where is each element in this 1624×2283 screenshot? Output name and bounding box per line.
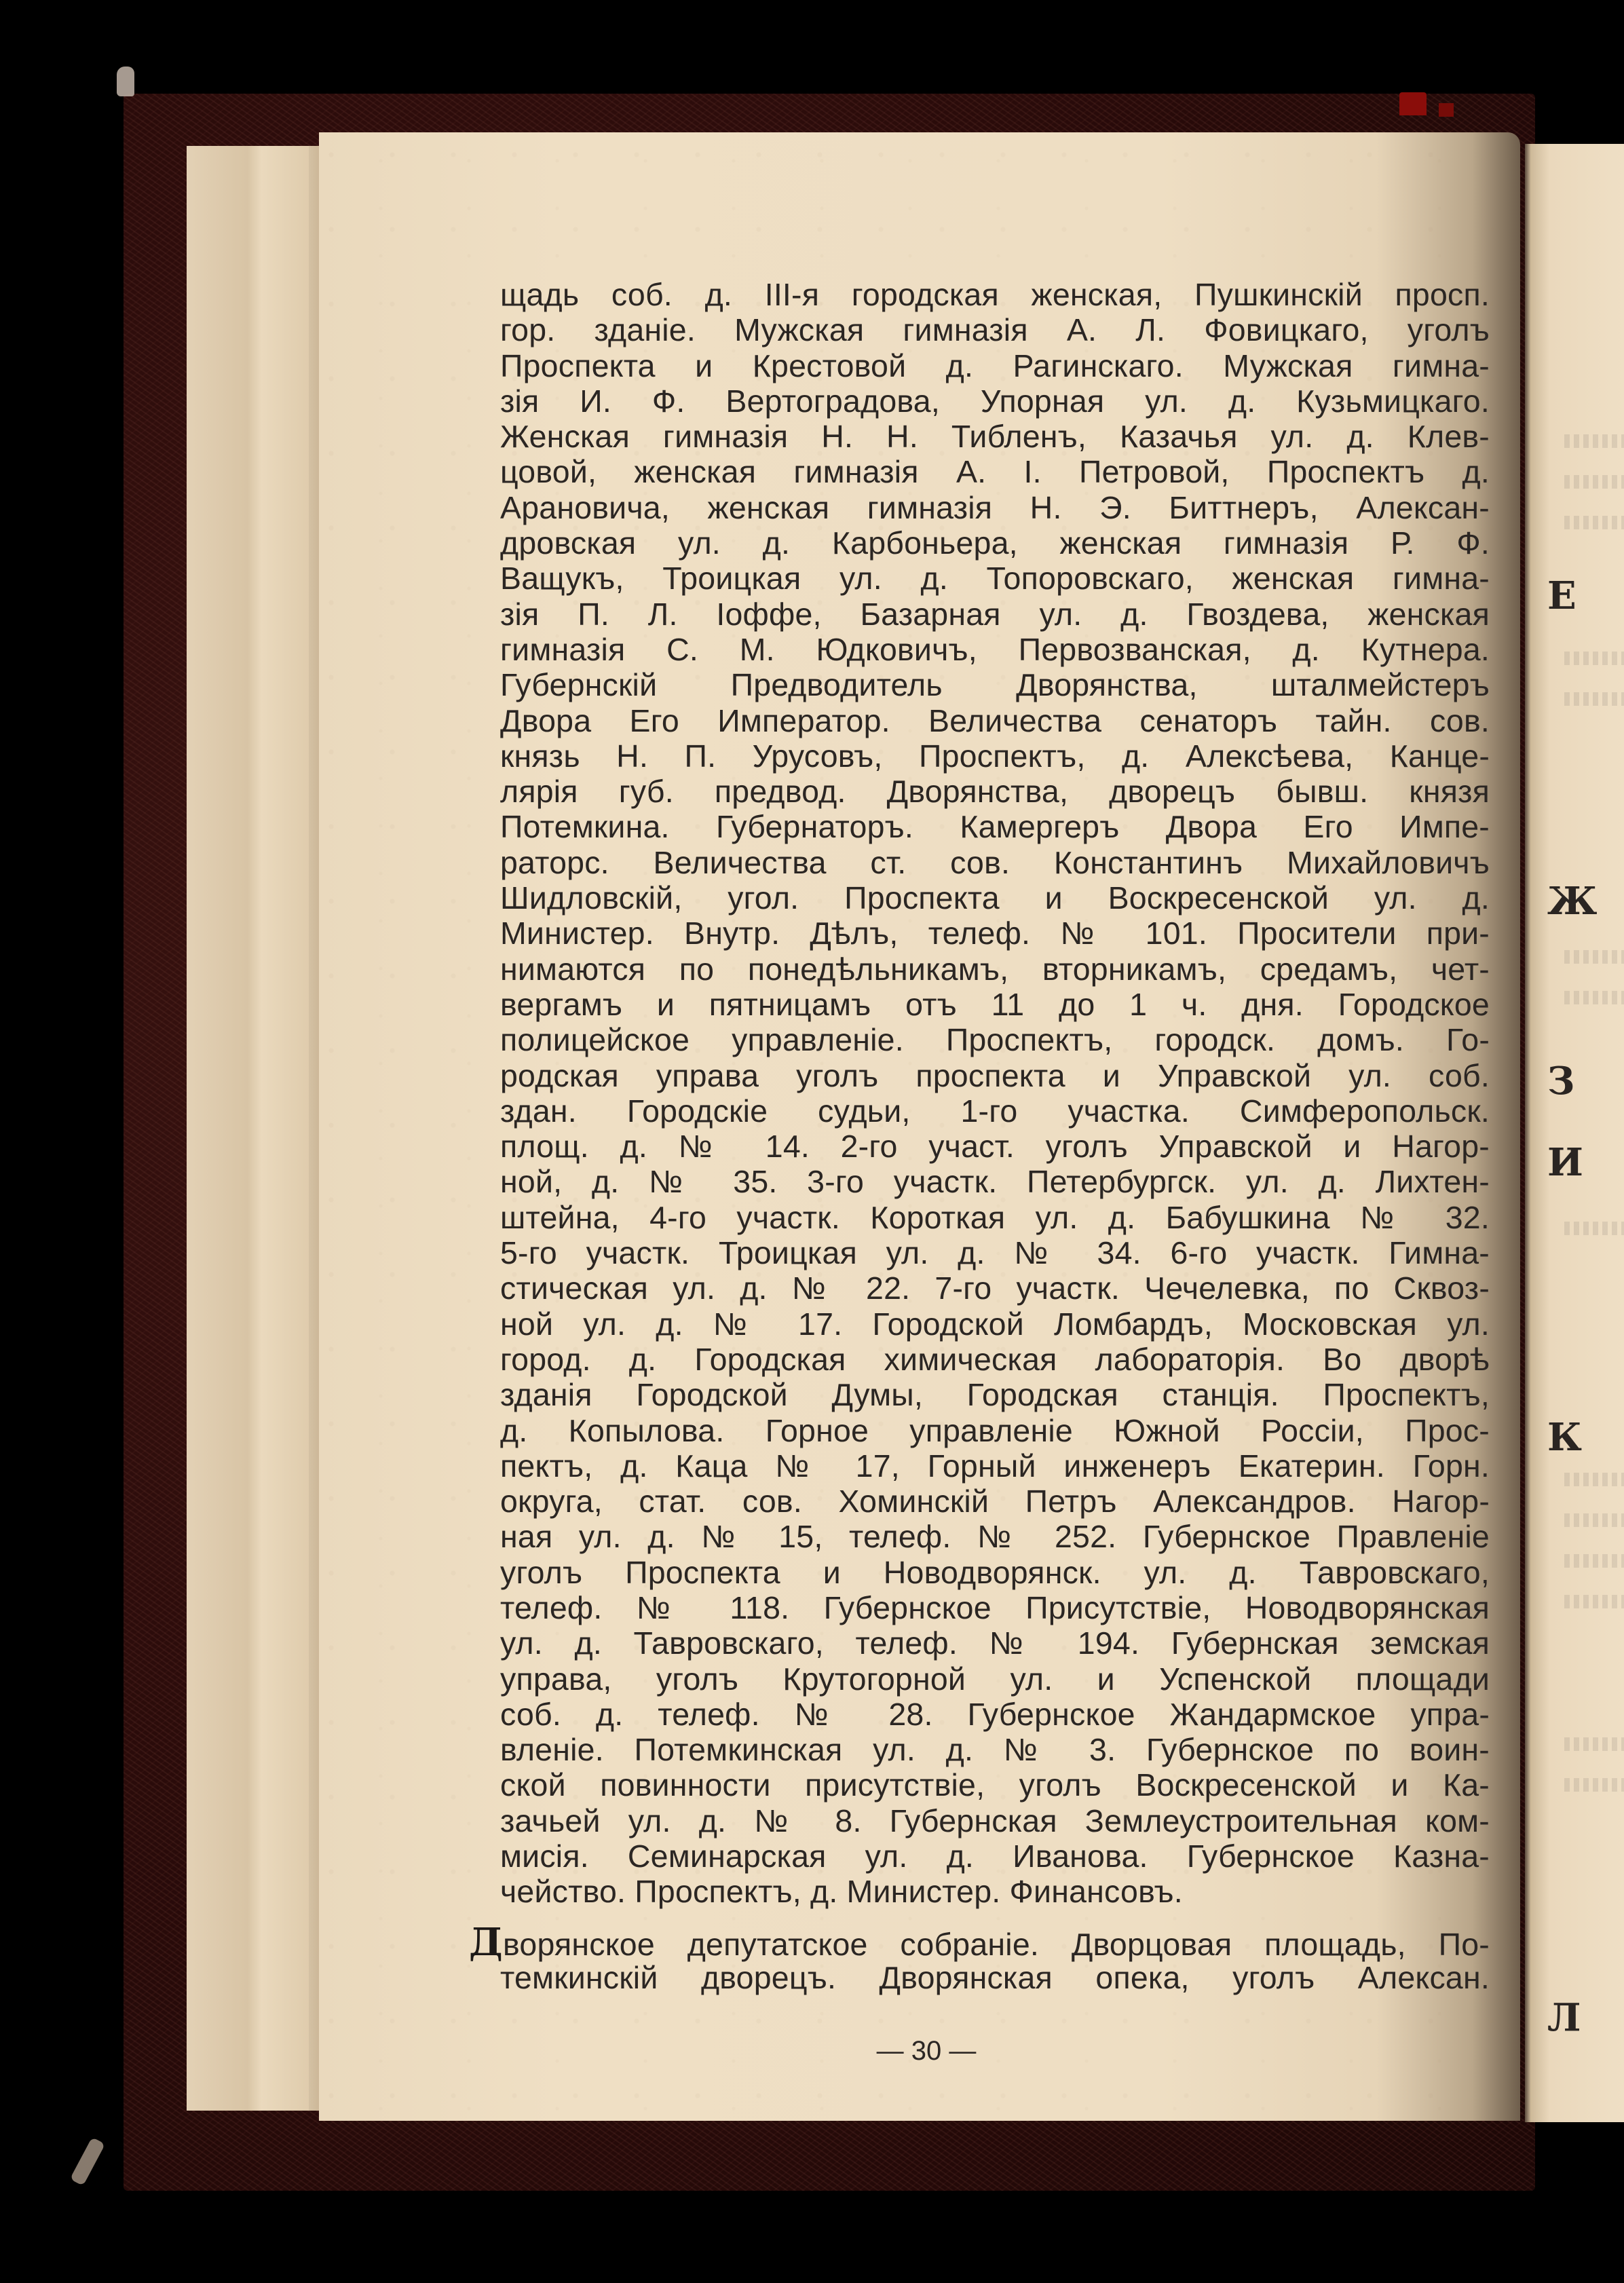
right-page-faint-text [1564,950,1624,964]
right-page-letter: Л [1547,1999,1581,2037]
right-page-faint-text [1564,991,1624,1004]
text-line: ной, д. № 35. 3-го участк. Петербургск. … [500,1164,1490,1199]
right-page-letter: И [1547,1144,1583,1182]
text-line: телеф. № 118. Губернское Присутствіе, Но… [500,1590,1490,1625]
right-page-letter: Е [1547,577,1576,615]
text-line: Потемкина. Губернаторъ. Камергеръ Двора … [500,809,1490,844]
text-line: нимаются по понедѣльникамъ, вторникамъ, … [500,951,1490,987]
right-page-faint-text [1564,434,1624,448]
text-line: Губернскій Предводитель Дворянства, штал… [500,667,1490,702]
cover-corner-wear [117,67,134,96]
text-line: Двора Его Император. Величества сенаторъ… [500,703,1490,738]
text-line: Проспекта и Крестовой д. Рагинскаго. Муж… [500,348,1490,383]
text-line: темкинскій дворецъ. Дворянская опека, уг… [500,1960,1490,1995]
text-line: ная ул. д. № 15, телеф. № 252. Губернско… [500,1519,1490,1554]
dropcap-letter: Д [469,1920,503,1965]
text-line: щадь соб. д. III-я городская женская, Пу… [500,277,1490,312]
text-line: площ. д. № 14. 2-го участ. уголъ Управск… [500,1129,1490,1164]
text-line: лярія губ. предвод. Дворянства, дворецъ … [500,774,1490,809]
text-line: округа, стат. сов. Хоминскій Петръ Алекс… [500,1484,1490,1519]
right-page-faint-text [1564,1778,1624,1792]
text-line: ной ул. д. № 17. Городской Ломбардъ, Мос… [500,1306,1490,1342]
text-line: зачьей ул. д. № 8. Губернская Землеустро… [500,1803,1490,1838]
text-line: стическая ул. д. № 22. 7-го участк. Чече… [500,1270,1490,1306]
right-page-faint-text [1564,1595,1624,1608]
page-number: — 30 — [858,2036,994,2067]
right-page-letter: Ж [1547,882,1597,920]
text-line: гор. зданіе. Мужская гимназія А. Л. Фови… [500,312,1490,347]
text-line: вленіе. Потемкинская ул. д. № 3. Губернс… [500,1732,1490,1767]
text-line: уголъ Проспекта и Новодворянск. ул. д. Т… [500,1555,1490,1590]
text-line: вергамъ и пятницамъ отъ 11 до 1 ч. дня. … [500,987,1490,1022]
text-line: князь Н. П. Урусовъ, Проспектъ, д. Алекс… [500,738,1490,774]
text-line: полицейское управленіе. Проспектъ, город… [500,1022,1490,1057]
entry-heading-line: Дворянское депутатское собраніе. Дворцов… [469,1925,1490,1960]
bookmark-ribbon [1399,92,1427,115]
right-page-faint-text [1564,1513,1624,1527]
text-line: зданія Городской Думы, Городская станція… [500,1377,1490,1412]
text-line: Ващукъ, Троицкая ул. д. Топоровскаго, же… [500,561,1490,596]
cover-corner-wear [70,2137,105,2186]
text-line: дровская ул. д. Карбоньера, женская гимн… [500,525,1490,561]
text-line: раторс. Величества ст. сов. Константинъ … [500,845,1490,880]
text-line: чейство. Проспектъ, д. Министер. Финансо… [500,1874,1490,1909]
right-page-letter: К [1547,1418,1582,1456]
text-line: Министер. Внутр. Дѣлъ, телеф. № 101. Про… [500,916,1490,951]
text-line: Арановича, женская гимназія Н. Э. Биттне… [500,490,1490,525]
right-page-faint-text [1564,652,1624,665]
right-page-faint-text [1564,1473,1624,1486]
text-line: город. д. Городская химическая лаборатор… [500,1342,1490,1377]
page-edges [187,146,322,2111]
paragraph-gap [500,1910,1490,1925]
right-page-faint-text [1564,475,1624,489]
right-page-faint-text [1564,1222,1624,1235]
right-page-faint-text [1564,516,1624,529]
text-line: штейна, 4-го участк. Короткая ул. д. Баб… [500,1200,1490,1235]
text-line: цовой, женская гимназія А. І. Петровой, … [500,454,1490,489]
text-line: здан. Городскіе судьи, 1-го участка. Сим… [500,1093,1490,1129]
right-page-faint-text [1564,692,1624,706]
text-line: пектъ, д. Каца № 17, Горный инженеръ Ека… [500,1448,1490,1484]
right-page-letter: З [1547,1062,1574,1100]
text-line: д. Копылова. Горное управленіе Южной Рос… [500,1413,1490,1448]
entry-heading-text: ворянское депутатское собраніе. Дворцова… [503,1927,1490,1962]
text-line: ской повинности присутствіе, уголъ Воскр… [500,1767,1490,1803]
text-line: зія П. Л. Іоффе, Базарная ул. д. Гвоздев… [500,597,1490,632]
text-line: гимназія С. М. Юдковичъ, Первозванская, … [500,632,1490,667]
text-line: Шидловскій, угол. Проспекта и Воскресенс… [500,880,1490,916]
right-page-faint-text [1564,1737,1624,1751]
text-line: соб. д. телеф. № 28. Губернское Жандармс… [500,1697,1490,1732]
text-line: управа, уголъ Крутогорной ул. и Успенско… [500,1661,1490,1697]
text-line: Женская гимназія Н. Н. Тибленъ, Казачья … [500,419,1490,454]
text-line: родская управа уголъ проспекта и Управск… [500,1058,1490,1093]
text-line: 5-го участк. Троицкая ул. д. № 34. 6-го … [500,1235,1490,1270]
text-line: ул. д. Тавровскаго, телеф. № 194. Губерн… [500,1625,1490,1661]
bookmark-ribbon [1439,103,1454,117]
page-text: щадь соб. д. III-я городская женская, Пу… [500,277,1490,1995]
text-line: мисія. Семинарская ул. д. Иванова. Губер… [500,1838,1490,1874]
text-line: зія И. Ф. Вертоградова, Упорная ул. д. К… [500,383,1490,419]
right-page-faint-text [1564,1554,1624,1568]
